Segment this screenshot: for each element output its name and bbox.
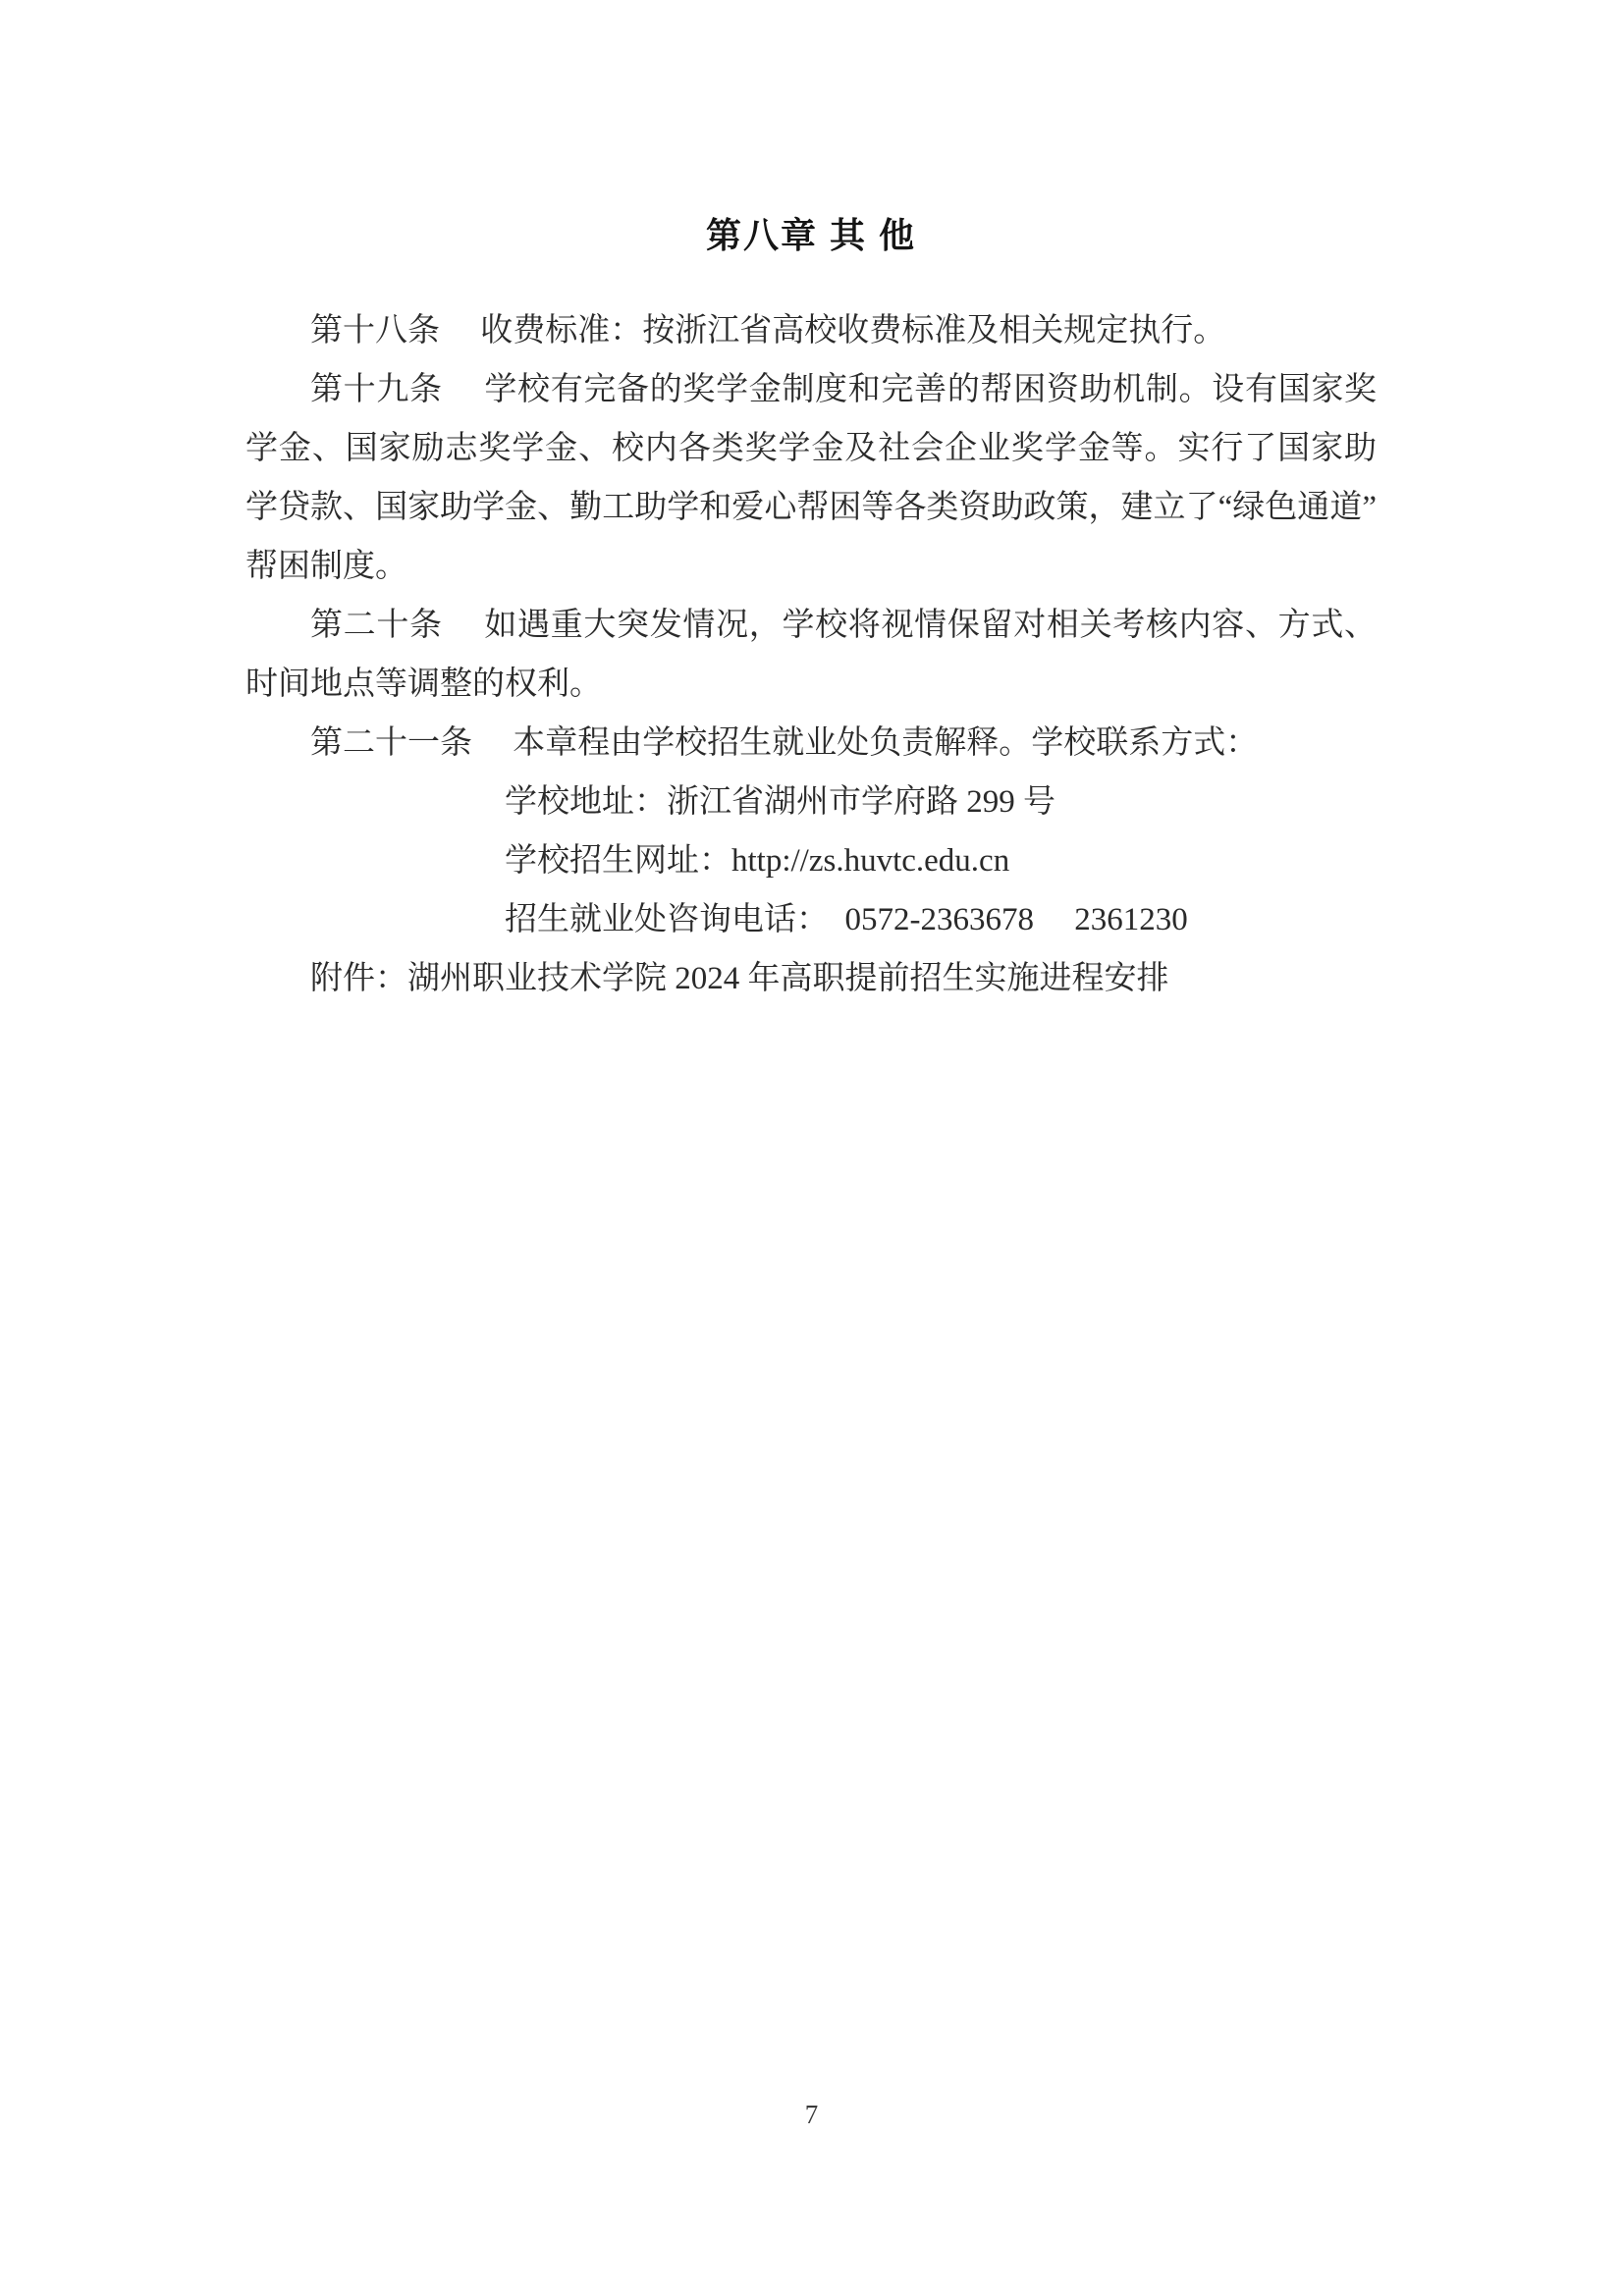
- paragraph-article-19-scholarships: 第十九条 学校有完备的奖学金制度和完善的帮困资助机制。设有国家奖学金、国家励志奖…: [245, 360, 1377, 596]
- page-number: 7: [0, 2099, 1623, 2130]
- paragraph-article-18-fees: 第十八条 收费标准：按浙江省高校收费标准及相关规定执行。: [245, 301, 1377, 360]
- page-content: 第八章 其 他 第十八条 收费标准：按浙江省高校收费标准及相关规定执行。 第十九…: [245, 206, 1377, 1008]
- document-page: 第八章 其 他 第十八条 收费标准：按浙江省高校收费标准及相关规定执行。 第十九…: [0, 0, 1623, 2296]
- line-admissions-website: 学校招生网址：http://zs.huvtc.edu.cn: [245, 831, 1377, 890]
- line-school-address: 学校地址：浙江省湖州市学府路 299 号: [245, 773, 1377, 831]
- chapter-title: 第八章 其 他: [245, 206, 1377, 265]
- paragraph-article-21-interpretation: 第二十一条 本章程由学校招生就业处负责解释。学校联系方式：: [245, 714, 1377, 773]
- line-attachment-note: 附件：湖州职业技术学院 2024 年高职提前招生实施进程安排: [245, 949, 1377, 1008]
- paragraph-article-20-emergency: 第二十条 如遇重大突发情况，学校将视情保留对相关考核内容、方式、时间地点等调整的…: [245, 596, 1377, 714]
- line-consult-phone: 招生就业处咨询电话： 0572-2363678 2361230: [245, 890, 1377, 949]
